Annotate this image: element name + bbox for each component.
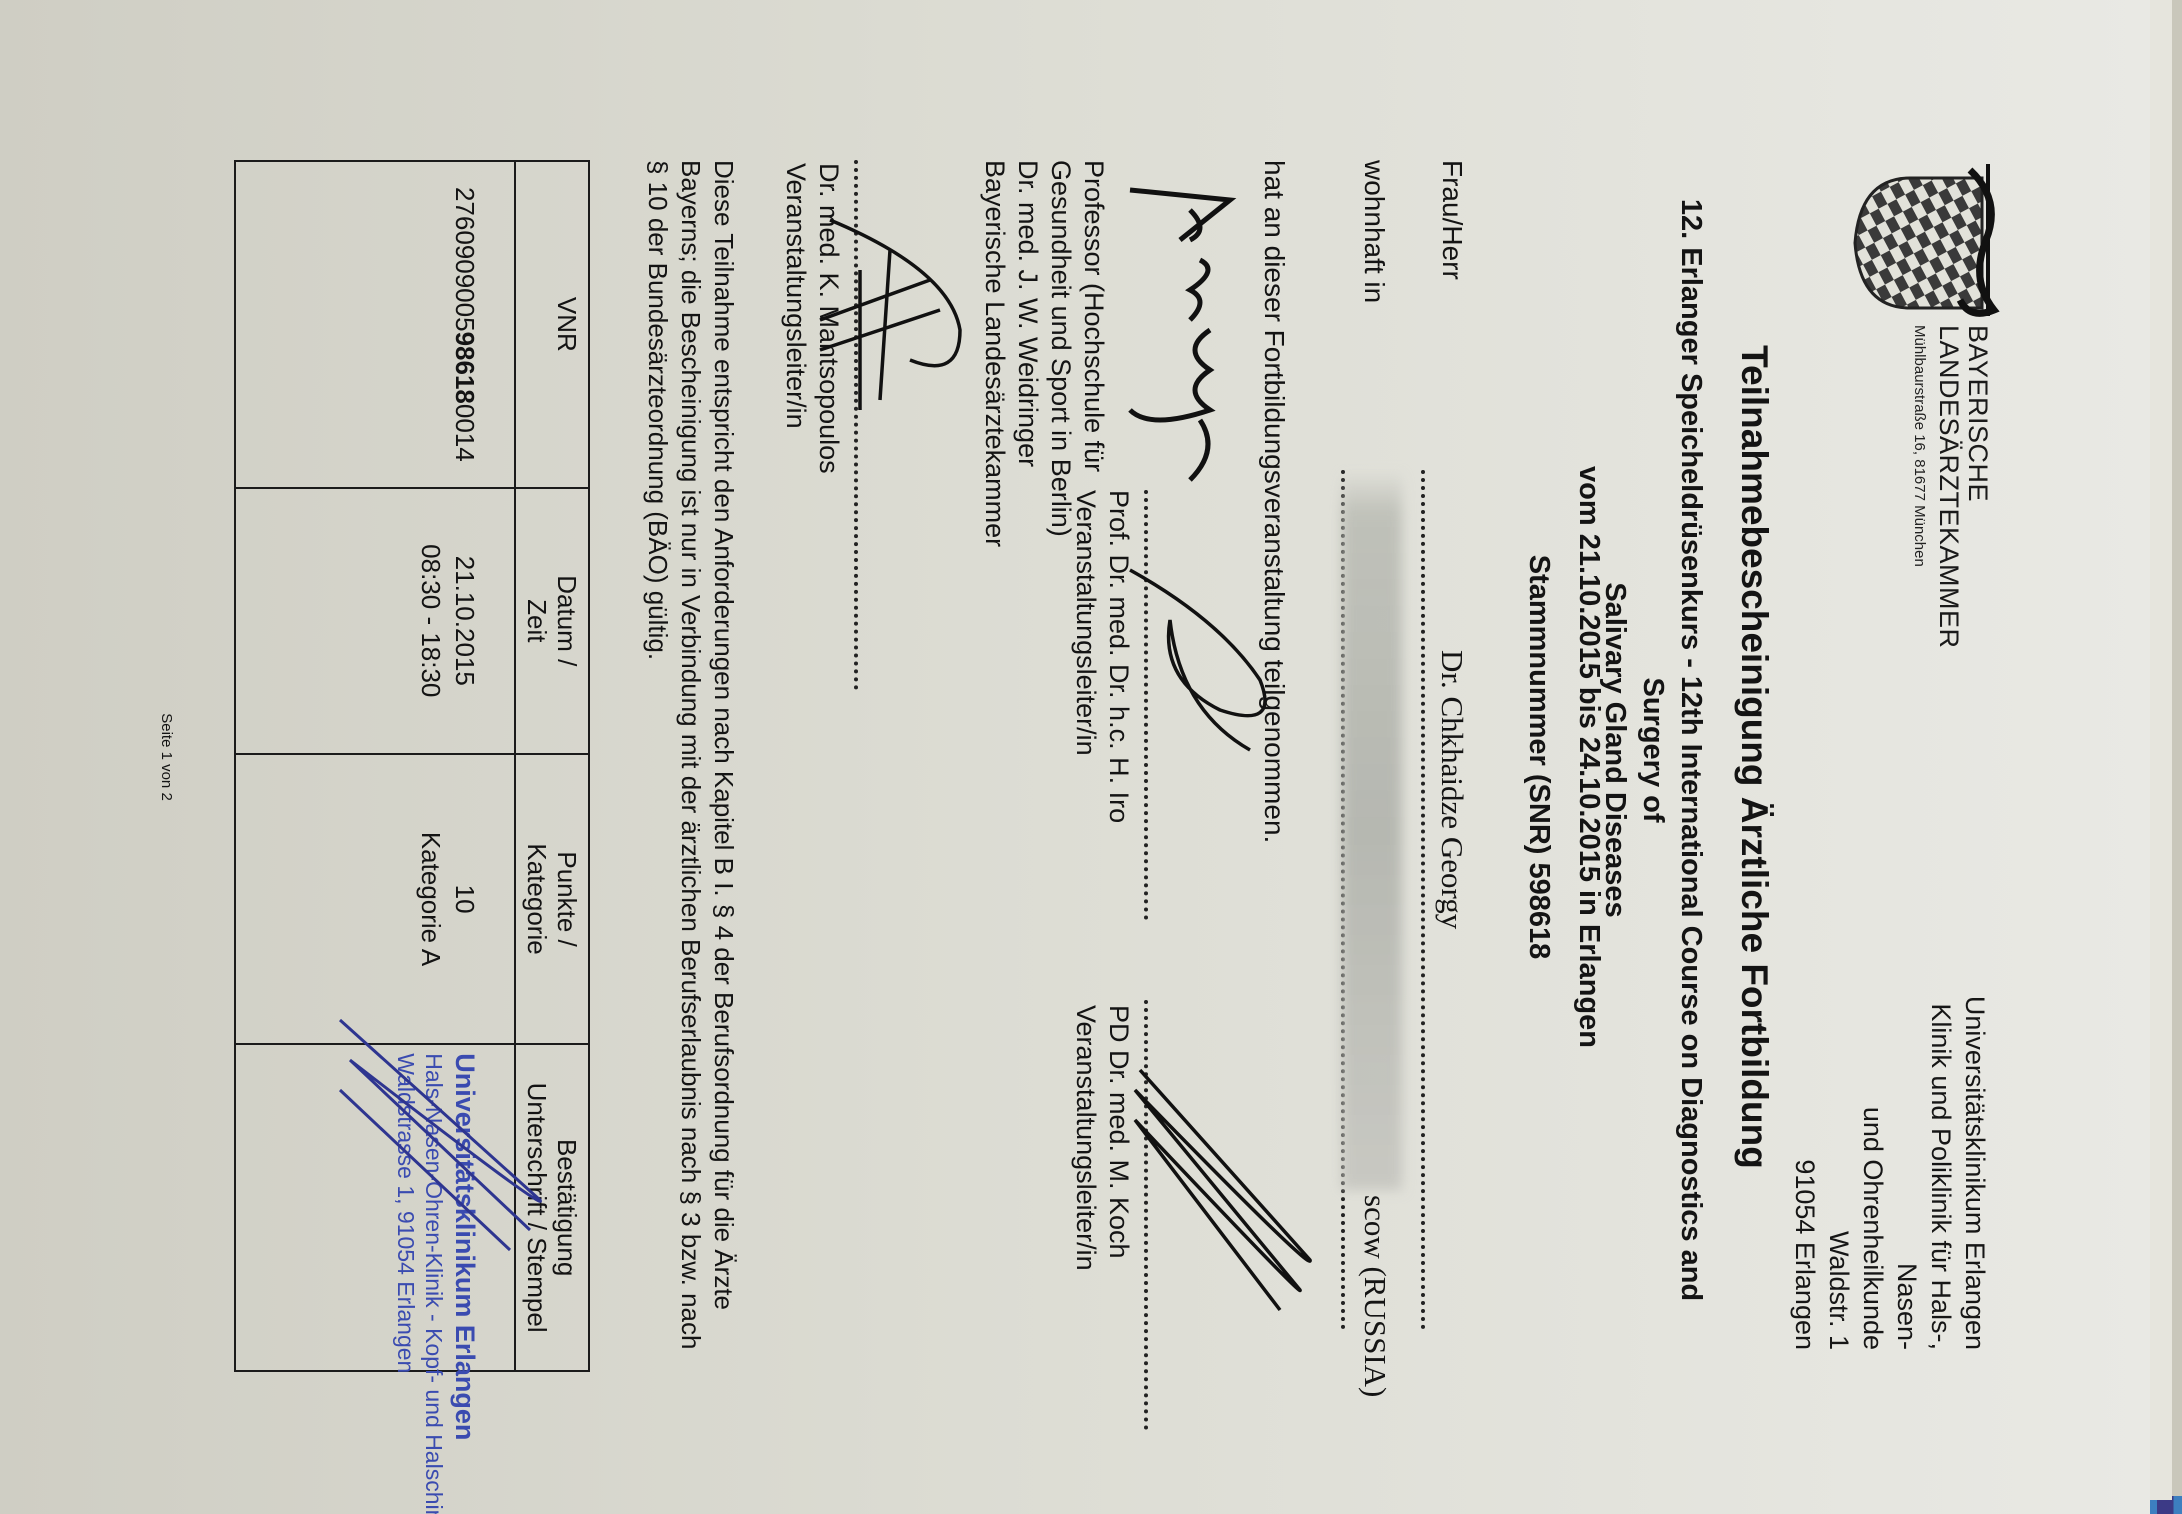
handwritten-signature-mantsopoulos xyxy=(810,210,970,430)
residence-label: wohnhaft in xyxy=(1358,160,1390,303)
course-dates: vom 21.10.2015 bis 24.10.2015 in Erlange… xyxy=(1572,0,1605,1514)
document-title: Teilnahmebescheinigung Ärztliche Fortbil… xyxy=(1733,0,1775,1514)
participant-residence: scow (RUSSIA) xyxy=(1357,1195,1393,1397)
handwritten-signature-stamp xyxy=(330,1000,550,1260)
header-vnr: VNR xyxy=(515,161,589,488)
page-number: Seite 1 von 2 xyxy=(158,0,175,1514)
chamber-address: Mühlbaurstraße 16, 81677 München xyxy=(1911,325,1928,567)
clinic-address-block: Universitätsklinikum Erlangen Klinik und… xyxy=(1788,990,1992,1350)
handwritten-signature-weidringer xyxy=(1120,180,1250,500)
name-label: Frau/Herr xyxy=(1436,160,1468,280)
bavarian-chamber-logo-icon xyxy=(1850,160,2000,320)
snr-number: Stammnummer (SNR) 598618 xyxy=(1522,0,1555,1514)
certificate-page: BAYERISCHE LANDESÄRZTEKAMMER Mühlbaurstr… xyxy=(0,0,2150,1514)
chamber-name: BAYERISCHE LANDESÄRZTEKAMMER xyxy=(1934,325,1992,649)
course-title: 12. Erlanger Speicheldrüsenkurs - 12th I… xyxy=(1596,160,1710,1340)
header-datum: Datum / Zeit xyxy=(515,488,589,754)
redacted-area xyxy=(1342,470,1402,1190)
cell-vnr: 2760909005986180014 xyxy=(235,161,515,488)
signatory-koch: PD Dr. med. M. Koch Veranstaltungsleiter… xyxy=(1069,1005,1135,1271)
legal-notice: Diese Teilnahme entspricht den Anforderu… xyxy=(641,160,740,1360)
participant-name: Dr. Chkhaidze Georgy xyxy=(1434,650,1470,929)
handwritten-signature-koch xyxy=(1130,1060,1320,1320)
handwritten-signature-iro xyxy=(1110,560,1280,760)
cell-date-time: 21.10.2015 08:30 - 18:30 xyxy=(235,488,515,754)
signatory-weidringer: Professor (Hochschule für Gesundheit und… xyxy=(978,160,1110,547)
